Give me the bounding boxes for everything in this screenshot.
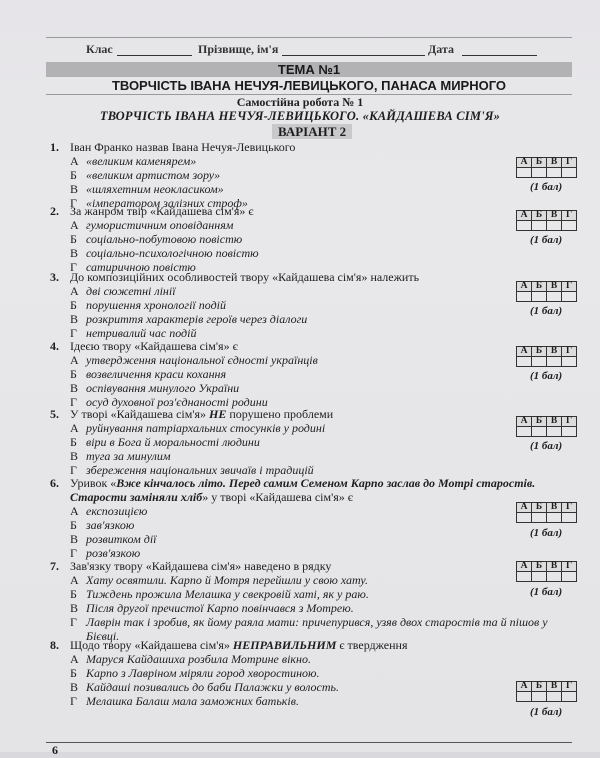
question-text: У творі «Кайдашева сім'я» НЕ порушено пр…	[70, 407, 570, 421]
grid-header-cell: Б	[532, 158, 547, 168]
option-letter: В	[70, 312, 82, 326]
option-text: «шляхетним неокласиком»	[86, 182, 570, 196]
answer-cell[interactable]	[562, 427, 577, 437]
page-number: 6	[52, 743, 58, 752]
answer-cell[interactable]	[547, 168, 562, 178]
option-text: «великим каменярем»	[86, 154, 570, 168]
name-label: Прізвище, ім'я	[198, 42, 278, 57]
score-label: (1 бал)	[530, 706, 562, 718]
answer-grid: АБВГ	[516, 416, 577, 437]
answer-option: Бвіри в Бога й моральності людини	[70, 435, 570, 449]
work-subtitle: ТВОРЧІСТЬ ІВАНА НЕЧУЯ-ЛЕВИЦЬКОГО. «КАЙДА…	[0, 109, 600, 124]
answer-option: БТиждень прожила Мелашка у свекровій хат…	[70, 587, 570, 601]
answer-cell[interactable]	[547, 427, 562, 437]
grid-header-cell: В	[547, 347, 562, 357]
answer-option: Гнетривалий час подій	[70, 326, 570, 340]
grid-header-cell: А	[517, 347, 532, 357]
answer-cell[interactable]	[562, 221, 577, 231]
answer-option: Воспівування минулого України	[70, 381, 570, 395]
option-text: Після другої пречистої Карпо повінчався …	[86, 601, 570, 615]
top-rule	[46, 37, 572, 38]
score-label: (1 бал)	[530, 527, 562, 539]
question-text-part: Щодо твору «Кайдашева сім'я»	[70, 638, 233, 652]
option-letter: А	[70, 504, 82, 518]
answer-option: Втуга за минулим	[70, 449, 570, 463]
question-number: 8.	[50, 638, 59, 652]
grid-header-cell: Б	[532, 417, 547, 427]
option-letter: Б	[70, 435, 82, 449]
answer-option: Агумористичним оповіданням	[70, 218, 570, 232]
grid-header-cell: Б	[532, 282, 547, 292]
answer-cell[interactable]	[562, 357, 577, 367]
option-letter: Г	[70, 326, 82, 340]
answer-cell[interactable]	[517, 427, 532, 437]
bottom-rule	[46, 742, 572, 743]
option-text: Карпо з Лавріном міряли город хворостино…	[86, 666, 570, 680]
option-text: соціально-побутовою повістю	[86, 232, 570, 246]
option-text: «великим артистом зору»	[86, 168, 570, 182]
option-text: дві сюжетні лінії	[86, 284, 570, 298]
question-7: 7.Зав'язку твору «Кайдашева сім'я» навед…	[50, 559, 570, 643]
answer-option: Б«великим артистом зору»	[70, 168, 570, 182]
option-letter: В	[70, 532, 82, 546]
option-text: соціально-психологічною повістю	[86, 246, 570, 260]
answer-option: Врозвитком дії	[70, 532, 570, 546]
option-letter: В	[70, 246, 82, 260]
grid-header-cell: Г	[562, 503, 577, 513]
option-text: збереження національних звичаїв і традиц…	[86, 463, 570, 477]
topic-subtitle: ТВОРЧІСТЬ ІВАНА НЕЧУЯ-ЛЕВИЦЬКОГО, ПАНАСА…	[46, 78, 572, 93]
answer-option: Врозкриття характерів героїв через діало…	[70, 312, 570, 326]
variant-label: ВАРІАНТ 2	[272, 124, 352, 139]
question-4: 4.Ідеєю твору «Кайдашева сім'я» єАутверд…	[50, 339, 570, 409]
question-number: 1.	[50, 140, 59, 154]
option-letter: В	[70, 601, 82, 615]
option-text: Маруся Кайдашиха розбила Мотрине вікно.	[86, 652, 570, 666]
question-number: 6.	[50, 476, 59, 490]
question-text: За жанром твір «Кайдашева сім'я» є	[70, 204, 570, 218]
grid-header-cell: Г	[562, 417, 577, 427]
question-2: 2.За жанром твір «Кайдашева сім'я» єАгум…	[50, 204, 570, 274]
grid-header-cell: Б	[532, 211, 547, 221]
grid-header-cell: В	[547, 282, 562, 292]
answer-option: Бзав'язкою	[70, 518, 570, 532]
answer-cell[interactable]	[517, 221, 532, 231]
question-text-part: є твердження	[336, 638, 407, 652]
answer-option: Аекспозицією	[70, 504, 570, 518]
question-6: 6.Уривок «Вже кінчалось літо. Перед сами…	[50, 476, 570, 560]
score-label: (1 бал)	[530, 370, 562, 382]
grid-header-cell: Г	[562, 347, 577, 357]
answer-option: Аруйнування патріархальних стосунків у р…	[70, 421, 570, 435]
grid-header-cell: Г	[562, 158, 577, 168]
answer-option: ВКайдаші позивались до баби Палажки у во…	[70, 680, 570, 694]
question-text-part: порушено проблеми	[226, 407, 333, 421]
date-label: Дата	[428, 42, 454, 57]
class-field[interactable]	[117, 55, 192, 56]
worksheet-page: Клас Прізвище, ім'я Дата ТЕМА №1 ТВОРЧІС…	[0, 0, 600, 752]
score-label: (1 бал)	[530, 440, 562, 452]
question-number: 7.	[50, 559, 59, 573]
answer-option: Бсоціально-побутовою повістю	[70, 232, 570, 246]
question-stem: 2.За жанром твір «Кайдашева сім'я» є	[50, 204, 570, 218]
answer-cell[interactable]	[517, 168, 532, 178]
option-text: порушення хронології подій	[86, 298, 570, 312]
grid-header-cell: А	[517, 503, 532, 513]
answer-option: Адві сюжетні лінії	[70, 284, 570, 298]
name-field[interactable]	[282, 55, 425, 56]
answer-cell[interactable]	[547, 572, 562, 582]
option-letter: А	[70, 421, 82, 435]
question-text-emphasis: НЕ	[209, 407, 226, 421]
score-label: (1 бал)	[530, 305, 562, 317]
option-letter: Б	[70, 232, 82, 246]
option-letter: Б	[70, 367, 82, 381]
answer-option: Аутвердження національної єдності україн…	[70, 353, 570, 367]
question-text: До композиційних особливостей твору «Кай…	[70, 270, 570, 284]
answer-grid: АБВГ	[516, 281, 577, 302]
option-letter: Б	[70, 587, 82, 601]
option-text: гумористичним оповіданням	[86, 218, 570, 232]
answer-cell[interactable]	[562, 168, 577, 178]
question-text-emphasis: НЕПРАВИЛЬНИМ	[233, 638, 336, 652]
question-number: 2.	[50, 204, 59, 218]
date-field[interactable]	[462, 55, 537, 56]
question-stem: 7.Зав'язку твору «Кайдашева сім'я» навед…	[50, 559, 570, 573]
grid-header-cell: А	[517, 562, 532, 572]
answer-cell[interactable]	[562, 572, 577, 582]
grid-header-cell: В	[547, 682, 562, 692]
grid-header-cell: В	[547, 158, 562, 168]
answer-cell[interactable]	[517, 357, 532, 367]
option-letter: А	[70, 284, 82, 298]
option-text: розвитком дії	[86, 532, 570, 546]
option-text: оспівування минулого України	[86, 381, 570, 395]
student-info-row: Клас Прізвище, ім'я Дата	[0, 40, 600, 58]
option-letter: А	[70, 154, 82, 168]
answer-cell[interactable]	[532, 572, 547, 582]
question-text-part: » у творі «Кайдашева сім'я» є	[202, 490, 353, 504]
option-letter: Г	[70, 463, 82, 477]
option-letter: Б	[70, 666, 82, 680]
option-text: нетривалий час подій	[86, 326, 570, 340]
question-text-part: Уривок «	[70, 476, 116, 490]
grid-header-cell: Б	[532, 503, 547, 513]
question-number: 3.	[50, 270, 59, 284]
option-letter: А	[70, 652, 82, 666]
grid-header-cell: А	[517, 211, 532, 221]
question-text: Зав'язку твору «Кайдашева сім'я» наведен…	[70, 559, 570, 573]
option-text: возвеличення краси кохання	[86, 367, 570, 381]
option-letter: Б	[70, 518, 82, 532]
grid-header-cell: Б	[532, 562, 547, 572]
option-letter: А	[70, 573, 82, 587]
option-text: утвердження національної єдності українц…	[86, 353, 570, 367]
answer-option: Всоціально-психологічною повістю	[70, 246, 570, 260]
answer-grid: АБВГ	[516, 681, 577, 702]
answer-cell[interactable]	[532, 168, 547, 178]
question-1: 1.Іван Франко назвав Івана Нечуя-Левицьк…	[50, 140, 570, 210]
work-title: Самостійна робота № 1	[0, 95, 600, 110]
answer-cell[interactable]	[532, 221, 547, 231]
option-letter: В	[70, 182, 82, 196]
option-text: Тиждень прожила Мелашка у свекровій хаті…	[86, 587, 570, 601]
answer-option: Бпорушення хронології подій	[70, 298, 570, 312]
question-text: Ідеєю твору «Кайдашева сім'я» є	[70, 339, 570, 353]
topic-title: ТЕМА №1	[46, 62, 572, 77]
grid-header-cell: В	[547, 417, 562, 427]
answer-grid: АБВГ	[516, 157, 577, 178]
option-text: зав'язкою	[86, 518, 570, 532]
answer-cell[interactable]	[547, 221, 562, 231]
question-text: Щодо твору «Кайдашева сім'я» НЕПРАВИЛЬНИ…	[70, 638, 570, 652]
question-3: 3.До композиційних особливостей твору «К…	[50, 270, 570, 340]
grid-header-cell: Г	[562, 562, 577, 572]
answer-cell[interactable]	[517, 572, 532, 582]
answer-cell[interactable]	[517, 292, 532, 302]
score-label: (1 бал)	[530, 586, 562, 598]
question-number: 5.	[50, 407, 59, 421]
option-text: руйнування патріархальних стосунків у ро…	[86, 421, 570, 435]
question-text-part: У творі «Кайдашева сім'я»	[70, 407, 209, 421]
score-label: (1 бал)	[530, 234, 562, 246]
answer-option: ВПісля другої пречистої Карпо повінчався…	[70, 601, 570, 615]
option-letter: А	[70, 218, 82, 232]
answer-cell[interactable]	[547, 292, 562, 302]
option-letter: В	[70, 680, 82, 694]
grid-header-cell: А	[517, 282, 532, 292]
question-stem: 5.У творі «Кайдашева сім'я» НЕ порушено …	[50, 407, 570, 421]
option-letter: Б	[70, 298, 82, 312]
grid-header-cell: А	[517, 417, 532, 427]
option-text: туга за минулим	[86, 449, 570, 463]
option-letter: Б	[70, 168, 82, 182]
grid-header-cell: Г	[562, 282, 577, 292]
answer-grid: АБВГ	[516, 502, 577, 523]
question-stem: 4.Ідеєю твору «Кайдашева сім'я» є	[50, 339, 570, 353]
grid-header-cell: В	[547, 562, 562, 572]
question-stem: 6.Уривок «Вже кінчалось літо. Перед сами…	[50, 476, 570, 504]
answer-option: В«шляхетним неокласиком»	[70, 182, 570, 196]
option-text: віри в Бога й моральності людини	[86, 435, 570, 449]
score-label: (1 бал)	[530, 181, 562, 193]
option-text: експозицією	[86, 504, 570, 518]
answer-option: АМаруся Кайдашиха розбила Мотрине вікно.	[70, 652, 570, 666]
option-letter: В	[70, 449, 82, 463]
answer-cell[interactable]	[547, 513, 562, 523]
question-8: 8.Щодо твору «Кайдашева сім'я» НЕПРАВИЛЬ…	[50, 638, 570, 708]
question-stem: 3.До композиційних особливостей твору «К…	[50, 270, 570, 284]
option-text: Мелашка Балаш мала заможних батьків.	[86, 694, 570, 708]
answer-cell[interactable]	[562, 513, 577, 523]
option-text: розв'язкою	[86, 546, 570, 560]
grid-header-cell: В	[547, 211, 562, 221]
answer-cell[interactable]	[517, 513, 532, 523]
question-stem: 1.Іван Франко назвав Івана Нечуя-Левицьк…	[50, 140, 570, 154]
question-number: 4.	[50, 339, 59, 353]
answer-cell[interactable]	[532, 357, 547, 367]
question-text: Іван Франко назвав Івана Нечуя-Левицьког…	[70, 140, 570, 154]
answer-cell[interactable]	[547, 357, 562, 367]
answer-option: Гзбереження національних звичаїв і тради…	[70, 463, 570, 477]
answer-option: Бвозвеличення краси кохання	[70, 367, 570, 381]
answer-option: ГМелашка Балаш мала заможних батьків.	[70, 694, 570, 708]
grid-header-cell: Г	[562, 211, 577, 221]
answer-cell[interactable]	[532, 513, 547, 523]
grid-header-cell: В	[547, 503, 562, 513]
answer-cell[interactable]	[532, 427, 547, 437]
grid-header-cell: Б	[532, 347, 547, 357]
option-letter: В	[70, 381, 82, 395]
answer-cell[interactable]	[562, 692, 577, 702]
question-stem: 8.Щодо твору «Кайдашева сім'я» НЕПРАВИЛЬ…	[50, 638, 570, 652]
question-5: 5.У творі «Кайдашева сім'я» НЕ порушено …	[50, 407, 570, 477]
question-text: Уривок «Вже кінчалось літо. Перед самим …	[70, 476, 570, 504]
answer-option: АХату освятили. Карпо й Мотря перейшли у…	[70, 573, 570, 587]
grid-header-cell: Г	[562, 682, 577, 692]
option-letter: Г	[70, 546, 82, 560]
answer-grid: АБВГ	[516, 210, 577, 231]
class-label: Клас	[86, 42, 113, 57]
option-text: Хату освятили. Карпо й Мотря перейшли у …	[86, 573, 570, 587]
answer-option: А«великим каменярем»	[70, 154, 570, 168]
answer-cell[interactable]	[517, 692, 532, 702]
answer-cell[interactable]	[547, 692, 562, 702]
grid-header-cell: А	[517, 682, 532, 692]
answer-option: Грозв'язкою	[70, 546, 570, 560]
option-text: Кайдаші позивались до баби Палажки у вол…	[86, 680, 570, 694]
option-text: розкриття характерів героїв через діалог…	[86, 312, 570, 326]
grid-header-cell: А	[517, 158, 532, 168]
option-letter: Г	[70, 694, 82, 708]
answer-cell[interactable]	[562, 292, 577, 302]
answer-grid: АБВГ	[516, 346, 577, 367]
grid-header-cell: Б	[532, 682, 547, 692]
answer-cell[interactable]	[532, 292, 547, 302]
answer-cell[interactable]	[532, 692, 547, 702]
answer-grid: АБВГ	[516, 561, 577, 582]
option-letter: Г	[70, 615, 82, 629]
option-letter: А	[70, 353, 82, 367]
answer-option: БКарпо з Лавріном міряли город хворостин…	[70, 666, 570, 680]
